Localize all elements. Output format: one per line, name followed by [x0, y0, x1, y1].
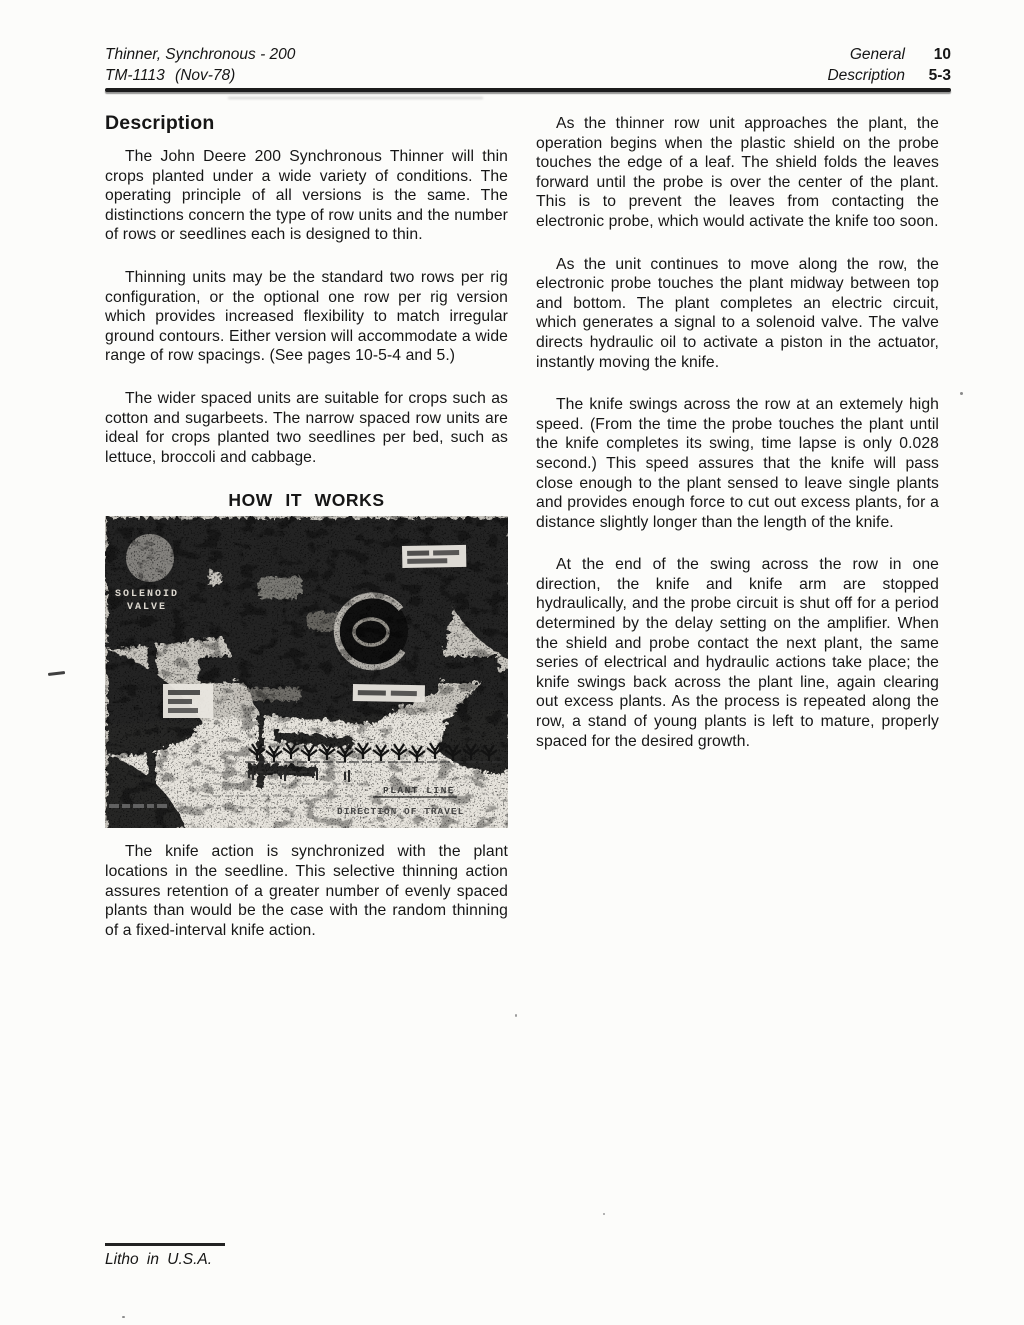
section-heading: Description	[105, 112, 508, 135]
paragraph-knife-action: The knife action is synchronized with th…	[105, 842, 508, 940]
how-it-works-figure: SOLENOID VALVE PLANT LINE DIRECTION OF T…	[105, 516, 508, 828]
paragraph-operation-3: The knife swings across the row at an ex…	[536, 395, 939, 532]
page-number: 5-3	[905, 65, 951, 86]
scan-artifact-dot	[603, 1213, 605, 1215]
footer-rule	[105, 1243, 225, 1246]
solenoid-valve-label-line2: VALVE	[127, 602, 167, 613]
scan-artifact-dot	[122, 1316, 125, 1318]
paragraph-description-3: The wider spaced units are suitable for …	[105, 389, 508, 467]
header-right: General 10 Description 5-3	[827, 44, 951, 86]
page-header: Thinner, Synchronous - 200 TM-1113 (Nov-…	[105, 44, 951, 86]
doc-title: Thinner, Synchronous - 200	[105, 44, 295, 65]
header-rule	[105, 88, 951, 92]
chapter-number: 10	[905, 44, 951, 65]
figure-heading: HOW IT WORKS	[105, 490, 508, 511]
doc-id: TM-1113 (Nov-78)	[105, 65, 295, 86]
header-section-row: General 10	[827, 44, 951, 65]
header-left: Thinner, Synchronous - 200 TM-1113 (Nov-…	[105, 44, 295, 86]
paragraph-operation-2: As the unit continues to move along the …	[536, 255, 939, 373]
right-column: As the thinner row unit approaches the p…	[536, 114, 939, 774]
manual-page: Thinner, Synchronous - 200 TM-1113 (Nov-…	[0, 0, 1024, 1325]
litho-note: Litho in U.S.A.	[105, 1251, 212, 1269]
paragraph-operation-1: As the thinner row unit approaches the p…	[536, 114, 939, 232]
paragraph-description-2: Thinning units may be the standard two r…	[105, 268, 508, 366]
subsection-name: Description	[827, 65, 905, 86]
scan-artifact-dash	[48, 671, 65, 676]
solenoid-valve-label-line1: SOLENOID	[115, 589, 179, 600]
direction-of-travel-label: DIRECTION OF TRAVEL	[337, 806, 464, 817]
section-name: General	[850, 44, 905, 65]
figure-illustration: SOLENOID VALVE PLANT LINE DIRECTION OF T…	[105, 516, 508, 828]
header-subsection-row: Description 5-3	[827, 65, 951, 86]
scan-smudge	[228, 97, 483, 99]
scan-artifact-dot	[960, 392, 963, 395]
paragraph-description-1: The John Deere 200 Synchronous Thinner w…	[105, 147, 508, 245]
paragraph-operation-4: At the end of the swing across the row i…	[536, 555, 939, 751]
plant-line-label: PLANT LINE	[383, 785, 455, 796]
scan-artifact-dot	[515, 1014, 517, 1017]
left-column: Description The John Deere 200 Synchrono…	[105, 112, 508, 963]
